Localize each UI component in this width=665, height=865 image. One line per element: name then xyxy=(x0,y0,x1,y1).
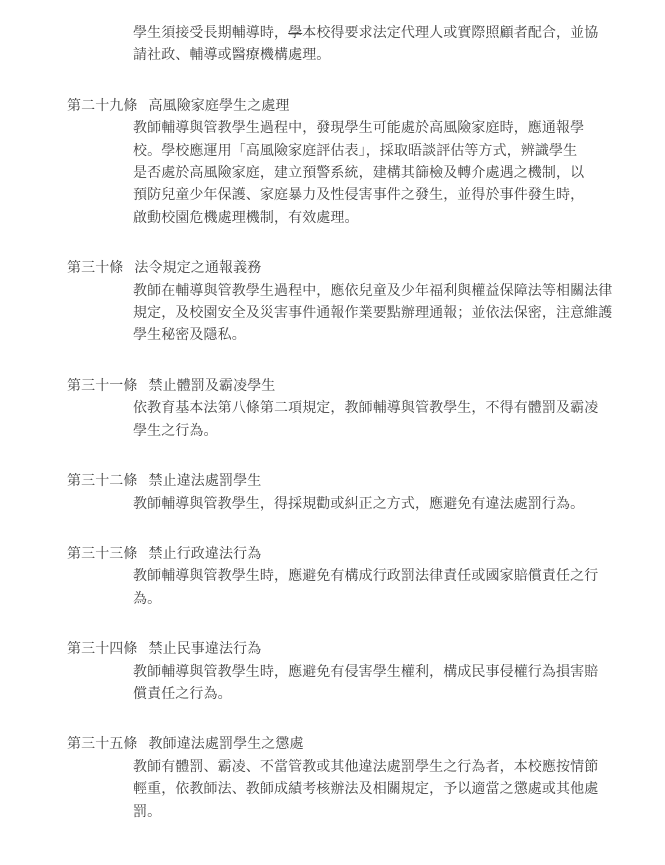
text-line: 啟動校園危機處理機制，有效處理。 xyxy=(133,208,665,230)
article-body: 教師輔導與管教學生時，應避免有侵害學生權利，構成民事侵權行為損害賠 償責任之行為… xyxy=(133,662,665,707)
struck-text: 學 xyxy=(288,26,302,41)
article-number: 第二十九條 xyxy=(67,99,138,114)
text-line: 教師輔導與管教學生，得採規勸或糾正之方式，應避免有違法處罰行為。 xyxy=(133,494,665,516)
article-heading: 第三十一條禁止體罰及霸凌學生 xyxy=(67,376,665,398)
article-number: 第三十條 xyxy=(67,261,123,276)
article-heading: 第三十條法令規定之通報義務 xyxy=(67,258,665,280)
article-body: 教師輔導與管教學生過程中，發現學生可能處於高風險家庭時，應通報學 校。學校應運用… xyxy=(133,118,665,230)
text-line: 規定，及校園安全及災害事件通報作業要點辦理通報；並依法保密，注意維護 xyxy=(133,303,665,325)
text-line: 學生秘密及隱私。 xyxy=(133,325,665,347)
article-number: 第三十四條 xyxy=(67,642,138,657)
text-line: 為。 xyxy=(133,589,665,611)
text-line: 償責任之行為。 xyxy=(133,684,665,706)
text-line: 教師輔導與管教學生時，應避免有構成行政罰法律責任或國家賠償責任之行 xyxy=(133,566,665,588)
text-line: 是否處於高風險家庭，建立預警系統，建構其篩檢及轉介處遇之機制，以 xyxy=(133,163,665,185)
text-line: 輕重，依教師法、教師成績考核辦法及相關規定，予以適當之懲處或其他處 xyxy=(133,779,665,801)
text-line: 請社政、輔導或醫療機構處理。 xyxy=(133,45,665,67)
text-line: 教師有體罰、霸凌、不當管教或其他違法處罰學生之行為者，本校應按情節 xyxy=(133,757,665,779)
article-title: 禁止民事違法行為 xyxy=(149,642,262,657)
text-line: 罰。 xyxy=(133,802,665,824)
article-number: 第三十一條 xyxy=(67,379,138,394)
article-body: 教師在輔導與管教學生過程中，應依兒童及少年福利與權益保障法等相關法律 規定，及校… xyxy=(133,281,665,348)
article-section-31: 第三十一條禁止體罰及霸凌學生 依教育基本法第八條第二項規定，教師輔導與管教學生，… xyxy=(0,376,665,443)
article-heading: 第三十三條禁止行政違法行為 xyxy=(67,544,665,566)
article-heading: 第二十九條高風險家庭學生之處理 xyxy=(67,96,665,118)
text-line: 教師輔導與管教學生過程中，發現學生可能處於高風險家庭時，應通報學 xyxy=(133,118,665,140)
intro-line1-before: 學生須接受長期輔導時， xyxy=(133,26,288,41)
article-title: 法令規定之通報義務 xyxy=(134,261,261,276)
article-section-32: 第三十二條禁止違法處罰學生 教師輔導與管教學生，得採規勸或糾正之方式，應避免有違… xyxy=(0,471,665,516)
intro-paragraph: 學生須接受長期輔導時，學本校得要求法定代理人或實際照顧者配合，並協 請社政、輔導… xyxy=(133,23,665,68)
article-section-35: 第三十五條教師違法處罰學生之懲處 教師有體罰、霸凌、不當管教或其他違法處罰學生之… xyxy=(0,734,665,824)
intro-line1-after: 本校得要求法定代理人或實際照顧者配合，並協 xyxy=(302,26,598,41)
article-section-34: 第三十四條禁止民事違法行為 教師輔導與管教學生時，應避免有侵害學生權利，構成民事… xyxy=(0,639,665,706)
article-body: 教師有體罰、霸凌、不當管教或其他違法處罰學生之行為者，本校應按情節 輕重，依教師… xyxy=(133,757,665,824)
article-body: 依教育基本法第八條第二項規定，教師輔導與管教學生，不得有體罰及霸凌 學生之行為。 xyxy=(133,398,665,443)
text-line: 教師在輔導與管教學生過程中，應依兒童及少年福利與權益保障法等相關法律 xyxy=(133,281,665,303)
article-section-30: 第三十條法令規定之通報義務 教師在輔導與管教學生過程中，應依兒童及少年福利與權益… xyxy=(0,258,665,348)
article-number: 第三十三條 xyxy=(67,547,138,562)
article-heading: 第三十二條禁止違法處罰學生 xyxy=(67,471,665,493)
article-title: 禁止違法處罰學生 xyxy=(149,474,262,489)
article-body: 教師輔導與管教學生，得採規勸或糾正之方式，應避免有違法處罰行為。 xyxy=(133,494,665,516)
article-number: 第三十二條 xyxy=(67,474,138,489)
text-line: 預防兒童少年保護、家庭暴力及性侵害事件之發生，並得於事件發生時， xyxy=(133,185,665,207)
document-page: 學生須接受長期輔導時，學本校得要求法定代理人或實際照顧者配合，並協 請社政、輔導… xyxy=(0,0,665,865)
article-title: 教師違法處罰學生之懲處 xyxy=(149,737,304,752)
text-line: 學生之行為。 xyxy=(133,421,665,443)
text-line: 校。學校應運用「高風險家庭評估表」，採取晤談評估等方式，辨識學生 xyxy=(133,141,665,163)
text-line: 學生須接受長期輔導時，學本校得要求法定代理人或實際照顧者配合，並協 xyxy=(133,23,665,45)
article-title: 高風險家庭學生之處理 xyxy=(149,99,290,114)
article-heading: 第三十五條教師違法處罰學生之懲處 xyxy=(67,734,665,756)
article-title: 禁止體罰及霸凌學生 xyxy=(149,379,276,394)
article-heading: 第三十四條禁止民事違法行為 xyxy=(67,639,665,661)
article-number: 第三十五條 xyxy=(67,737,138,752)
article-section-29: 第二十九條高風險家庭學生之處理 教師輔導與管教學生過程中，發現學生可能處於高風險… xyxy=(0,96,665,230)
article-body: 教師輔導與管教學生時，應避免有構成行政罰法律責任或國家賠償責任之行 為。 xyxy=(133,566,665,611)
article-title: 禁止行政違法行為 xyxy=(149,547,262,562)
article-section-33: 第三十三條禁止行政違法行為 教師輔導與管教學生時，應避免有構成行政罰法律責任或國… xyxy=(0,544,665,611)
text-line: 教師輔導與管教學生時，應避免有侵害學生權利，構成民事侵權行為損害賠 xyxy=(133,662,665,684)
text-line: 依教育基本法第八條第二項規定，教師輔導與管教學生，不得有體罰及霸凌 xyxy=(133,398,665,420)
